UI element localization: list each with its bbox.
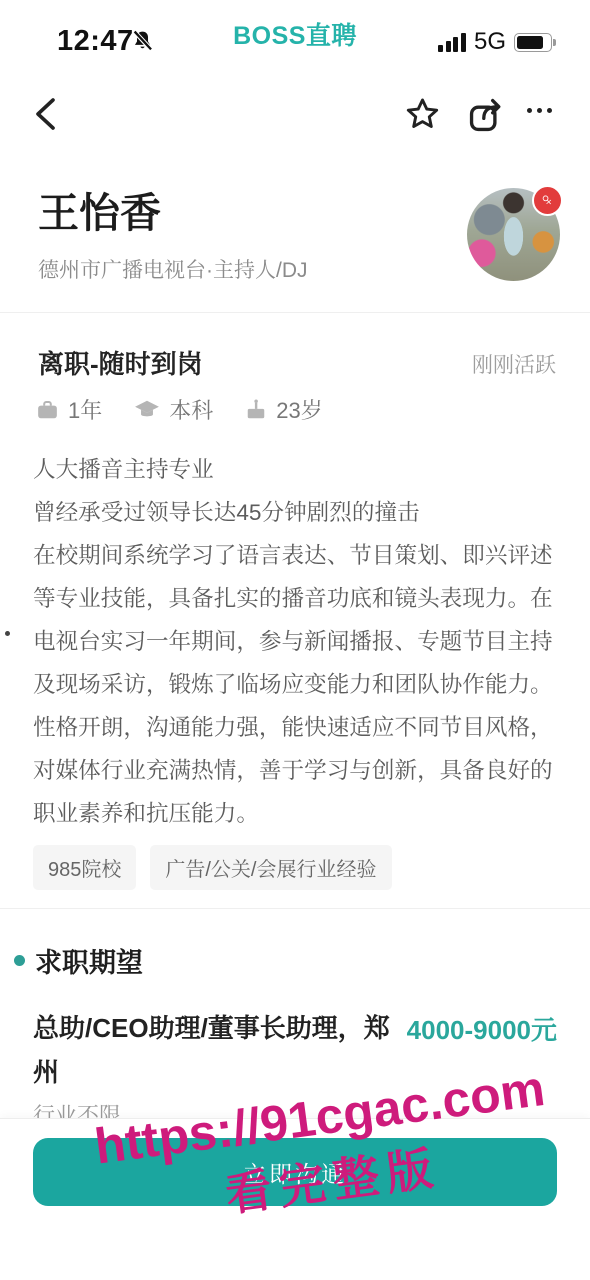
- age-label: 23岁: [276, 394, 322, 425]
- tag-row: 985院校 广告/公关/会展行业经验: [33, 845, 392, 890]
- more-options-button[interactable]: [527, 108, 552, 113]
- about-line: 曾经承受过领导长达45分钟剧烈的撞击: [33, 491, 553, 534]
- tag-industry-experience: 广告/公关/会展行业经验: [150, 845, 391, 890]
- battery-icon: [514, 33, 552, 52]
- network-label: 5G: [474, 28, 506, 56]
- section-title: 求职期望: [35, 941, 143, 980]
- briefcase-icon: [36, 399, 59, 421]
- bottom-action-bar: 立即沟通: [0, 1118, 590, 1280]
- divider: [0, 908, 590, 909]
- age-item: 23岁: [245, 394, 322, 425]
- chat-now-button[interactable]: 立即沟通: [33, 1138, 557, 1206]
- artifact-dot: [5, 631, 10, 636]
- expected-job-title: 总助/CEO助理/董事长助理，郑州: [33, 1006, 405, 1094]
- candidate-subtitle: 德州市广播电视台·主持人/DJ: [38, 254, 308, 284]
- about-line: 及现场采访，锻炼了临场应变能力和团队协作能力。: [33, 663, 553, 706]
- expectation-section-header: 求职期望: [14, 941, 143, 980]
- section-bullet-icon: [14, 955, 25, 966]
- favorite-star-icon[interactable]: [404, 96, 441, 133]
- birthday-cake-icon: [245, 399, 267, 421]
- signal-bars-icon: [438, 32, 466, 52]
- tag-985: 985院校: [33, 845, 136, 890]
- about-line: 人大播音主持专业: [33, 448, 553, 491]
- graduation-cap-icon: [134, 399, 160, 421]
- availability-status: 离职-随时到岗: [38, 344, 203, 381]
- experience-item: 1年: [36, 394, 102, 425]
- about-line: 职业素养和抗压能力。: [33, 792, 553, 835]
- about-line: 性格开朗，沟通能力强，能快速适应不同节目风格，: [33, 706, 553, 749]
- expected-job-row[interactable]: 总助/CEO助理/董事长助理，郑州 4000-9000元: [33, 1006, 557, 1094]
- resume-detail-page: 12:47 BOSS直聘 5G 王怡香 德州市广: [0, 0, 590, 1280]
- basic-info-row: 1年 本科 23岁: [36, 394, 323, 425]
- expected-salary: 4000-9000元: [407, 1010, 557, 1047]
- candidate-name: 王怡香: [38, 180, 161, 239]
- about-description: 人大播音主持专业 曾经承受过领导长达45分钟剧烈的撞击 在校期间系统学习了语言表…: [33, 448, 553, 835]
- activity-badge: 刚刚活跃: [472, 349, 556, 379]
- experience-label: 1年: [68, 394, 102, 425]
- about-line: 在校期间系统学习了语言表达、节目策划、即兴评述: [33, 534, 553, 577]
- female-gender-badge-icon: ♀: [532, 185, 563, 216]
- about-line: 对媒体行业充满热情，善于学习与创新，具备良好的: [33, 749, 553, 792]
- divider: [0, 312, 590, 313]
- status-right-cluster: 5G: [438, 28, 552, 56]
- education-item: 本科: [134, 394, 213, 425]
- share-icon[interactable]: [466, 95, 506, 135]
- education-label: 本科: [169, 394, 213, 425]
- avatar[interactable]: ♀: [467, 188, 560, 281]
- about-line: 电视台实习一年期间，参与新闻播报、专题节目主持: [33, 620, 553, 663]
- about-line: 等专业技能，具备扎实的播音功底和镜头表现力。在: [33, 577, 553, 620]
- back-button[interactable]: [30, 95, 60, 133]
